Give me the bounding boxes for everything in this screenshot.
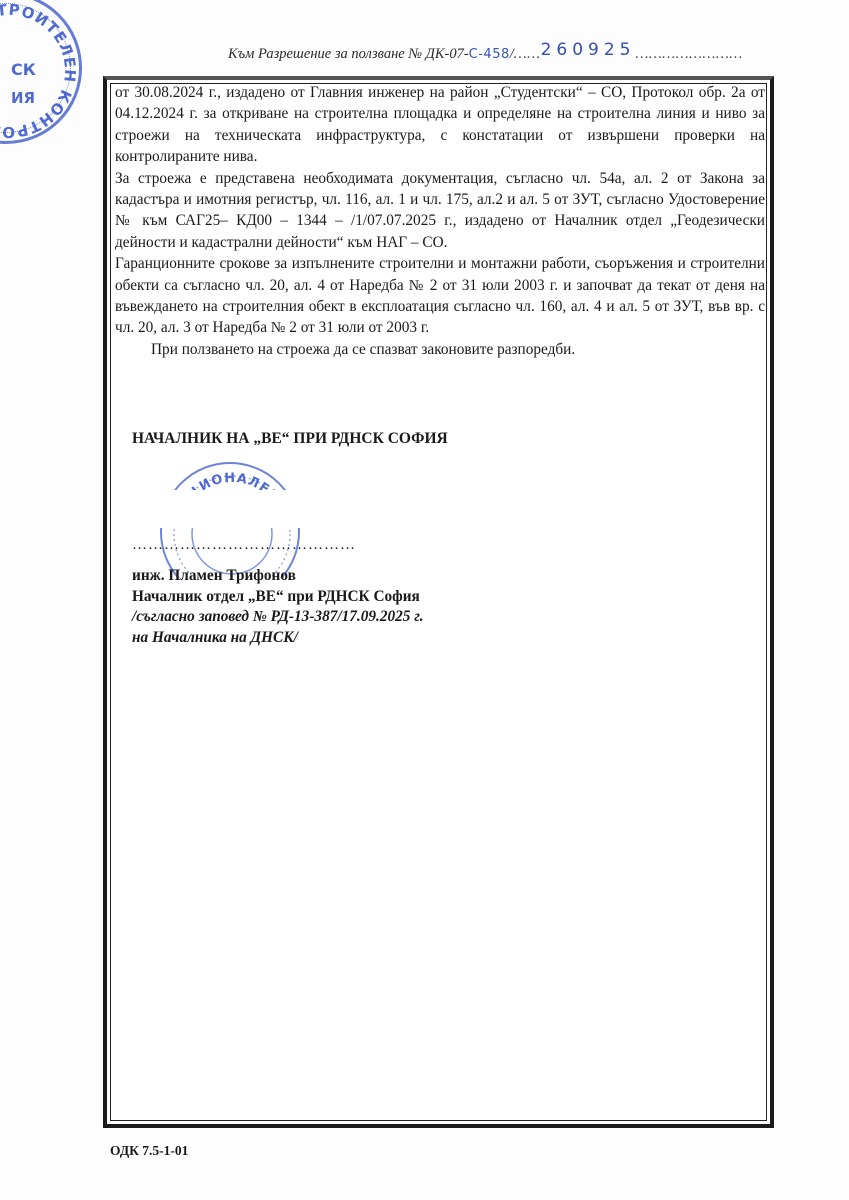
signatory-block: инж. Пламен Трифонов Началник отдел „ВЕ“… [132, 566, 424, 648]
document-body: от 30.08.2024 г., издадено от Главния ин… [115, 82, 765, 360]
svg-text:…ЦИОНАЛЕН СТРО…: …ЦИОНАЛЕН СТРО… [162, 464, 295, 490]
svg-text:…Н СТРОИТЕЛЕН КОНТРОЛ: …Н СТРОИТЕЛЕН КОНТРОЛ [0, 1, 79, 141]
signatory-order-line-1: /съгласно заповед № РД-13-387/17.09.2025… [132, 607, 424, 628]
signatory-order-line-2: на Началника на ДНСК/ [132, 628, 424, 649]
permit-dots: …… [514, 46, 541, 62]
document-code: ОДК 7.5-1-01 [110, 1143, 188, 1159]
official-stamp-top-left: …Н СТРОИТЕЛЕН КОНТРОЛ СК ИЯ [0, 0, 82, 144]
paragraph-documentation: За строежа е представена необходимата до… [115, 168, 765, 254]
signature-stamp-ring-text: …ЦИОНАЛЕН СТРО… [162, 464, 295, 490]
paragraph-usage-rules: При ползването на строежа да се спазват … [115, 339, 765, 360]
stamp-seal-icon: …Н СТРОИТЕЛЕН КОНТРОЛ СК ИЯ [0, 0, 85, 147]
paragraph-permit-protocol: от 30.08.2024 г., издадено от Главния ин… [115, 82, 765, 168]
stamp-seal-icon: …ЦИОНАЛЕН СТРО… [160, 462, 300, 490]
paragraph-warranty: Гаранционните срокове за изпълнените стр… [115, 253, 765, 339]
permit-reference-prefix: Към Разрешение за ползване № ДК-07- [228, 46, 469, 62]
permit-reference: Към Разрешение за ползване № ДК-07-С-458… [228, 43, 743, 63]
stamp-center-line-1: СК [11, 60, 36, 79]
signatory-name: инж. Пламен Трифонов [132, 566, 424, 587]
stamp-ring-text: …Н СТРОИТЕЛЕН КОНТРОЛ [0, 1, 79, 141]
stamp-center-line-2: ИЯ [11, 89, 35, 107]
signature-title: НАЧАЛНИК НА „ВЕ“ ПРИ РДНСК СОФИЯ [132, 430, 448, 448]
signature-line: …………………………………… [132, 537, 356, 554]
permit-number-handwritten: С-458 [469, 47, 510, 62]
permit-trailing-dots: …………………… [635, 46, 742, 62]
signatory-position: Началник отдел „ВЕ“ при РДНСК София [132, 587, 424, 608]
permit-date-handwritten: 260925 [541, 40, 636, 60]
signature-stamp-upper: …ЦИОНАЛЕН СТРО… [160, 462, 300, 490]
